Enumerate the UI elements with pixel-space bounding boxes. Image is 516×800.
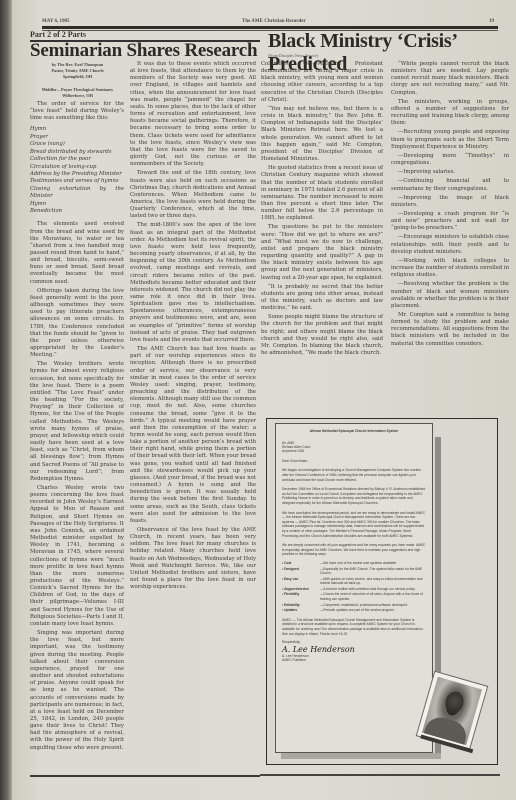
- paragraph: The elements used evolved from the bread…: [30, 221, 124, 285]
- suggestion-item: —Recruiting young people and exposing th…: [391, 129, 509, 150]
- order-item: Closing exhortation by the Minister: [30, 186, 124, 201]
- masthead-rule: [42, 26, 498, 29]
- feature-row: • Flexibility—Covers the need of churche…: [282, 592, 426, 601]
- suggestion-item: —Developing more “Timothys” in congregat…: [391, 153, 509, 167]
- letter-paragraph: December 1984 the Office of Ecumenical R…: [282, 487, 426, 505]
- left-article-column-1: The order of service for the “love feast…: [30, 101, 124, 754]
- suggestion-item: —Encourage ministers to establish close …: [391, 234, 509, 255]
- order-item: Hymn: [30, 126, 124, 133]
- series-kicker: Part 2 of 2 Parts: [30, 30, 86, 39]
- byline: by The Rev. Earl Thompson Pastor, Trinit…: [30, 62, 125, 99]
- letter-address: Mr. AME Richard Allen Court Anywhere USA: [282, 441, 426, 454]
- right-article-column-1: Columbus, OH—Mainline Protestant denomin…: [261, 61, 383, 359]
- order-item: Address by the Presiding Minister: [30, 171, 124, 178]
- publication-name: The AME Christian Recorder: [242, 19, 306, 24]
- paragraph: The ministers, working in groups, offere…: [391, 99, 509, 128]
- order-item: Collection for the poor: [30, 156, 124, 163]
- letter-shadow-bottom: [281, 753, 441, 759]
- suggestion-item: —Resolving whether the problem is the nu…: [391, 281, 509, 310]
- page-number: 19: [489, 19, 494, 24]
- article-intro: The order of service for the “love feast…: [30, 101, 124, 122]
- order-item: Bread distributed by stewards: [30, 149, 124, 156]
- dateline-paragraph: Columbus, OH—Mainline Protestant denomin…: [261, 61, 383, 104]
- order-item: Testimonies and verses of hymns: [30, 178, 124, 185]
- left-headline: Seminarian Shares Research: [30, 40, 257, 62]
- feature-list: • Cost—We have one of the lowest cost sy…: [282, 561, 426, 613]
- paragraph: Some people might blame the structure of…: [261, 314, 383, 357]
- paragraph: “You may not believe me, but there is a …: [261, 106, 383, 163]
- article-end-rule: [30, 775, 260, 777]
- letter-paragraph: We began an investigation of developing …: [282, 468, 426, 482]
- letter-closing-paragraph: AMEC — The African Methodist Episcopal C…: [282, 618, 426, 636]
- letter-salutation: Dear Churchman:: [282, 459, 426, 464]
- paragraph: He quoted statistics from a recent issue…: [261, 165, 383, 222]
- paragraph: “It is probably no secret that the bette…: [261, 284, 383, 313]
- letter-paragraph: We are deeply concerned with all your su…: [282, 543, 426, 557]
- paragraph: The questions he put to the ministers we…: [261, 224, 383, 281]
- paragraph: The AME Church has had love feasts as pa…: [130, 346, 256, 525]
- paragraph: Observance of the love feast by the AME …: [130, 527, 256, 591]
- paragraph: Mr. Compton said a committee is being fo…: [391, 312, 509, 348]
- paragraph: Offerings taken during the love feast ge…: [30, 288, 124, 360]
- feature-row: • Cost—We have one of the lowest cost sy…: [282, 561, 426, 566]
- suggestion-item: —Working with black colleges to increase…: [391, 258, 509, 279]
- book-spine-edge: [0, 0, 12, 800]
- order-item: Circulation of loving-cup: [30, 164, 124, 171]
- byline-seminary-location: Wilberforce, OH: [30, 93, 125, 99]
- paragraph: It was due to these events which occurre…: [130, 61, 256, 168]
- advertisement-box: African Methodist Episcopal Church Infor…: [266, 418, 498, 765]
- suggestion-item: —Improving the image of black ministers.: [391, 195, 509, 209]
- letter-paragraph: We have concluded the developmental peri…: [282, 511, 426, 539]
- feature-row: • Reliability—Competent, established, pr…: [282, 603, 426, 608]
- paragraph: Toward the end of the 18th century, love…: [130, 170, 256, 220]
- signature: A. Lee Henderson: [282, 645, 426, 654]
- suggestion-item: —Continuing financial aid to seminarians…: [391, 178, 509, 192]
- feature-row: • Updates—Periodic updates are part of t…: [282, 608, 426, 613]
- paragraph: “White people cannot recruit the black m…: [391, 61, 509, 97]
- issue-date: MAY 6, 1985: [42, 19, 70, 24]
- address-line: Anywhere USA: [282, 449, 426, 453]
- letter-title: African Methodist Episcopal Church Infor…: [282, 429, 426, 434]
- byline-seminary: Middler—Payne Theological Seminary: [30, 87, 125, 93]
- ad-letter: African Methodist Episcopal Church Infor…: [275, 423, 433, 753]
- suggestion-item: —Developing a crash program for “is and …: [391, 211, 509, 232]
- feature-row: • Easy use—With guides on every screen, …: [282, 577, 426, 586]
- paragraph: Singing was important during the love fe…: [30, 630, 124, 752]
- left-article-column-2: It was due to these events which occurre…: [130, 61, 256, 593]
- suggestion-item: —Improving salaries.: [391, 169, 509, 176]
- right-article-column-2: “White people cannot recruit the black m…: [391, 61, 509, 350]
- signer-title: AMEC Publisher: [282, 658, 426, 663]
- order-item: Hymn: [30, 201, 124, 208]
- order-item: Grace (sung): [30, 141, 124, 148]
- feature-row: • Support/service—A toll-free hotline wi…: [282, 587, 426, 592]
- news-service-credit: (From Disciples News Service): [268, 53, 318, 58]
- letter-signoff-block: Respectfully, A. Lee Henderson A. Lee He…: [282, 640, 426, 663]
- bottom-rule: [260, 774, 500, 776]
- portrait-face: [443, 689, 466, 715]
- feature-row: • Designed—Especially for the AME Church…: [282, 567, 426, 576]
- paragraph: The mid-1800’s saw the apex of the love …: [130, 222, 256, 344]
- paragraph: Charles Wesley wrote two poems concernin…: [30, 485, 124, 628]
- order-of-service-list: Hymn Prayer Grace (sung) Bread distribut…: [30, 126, 124, 215]
- paragraph: The Wesley brothers wrote hymns for almo…: [30, 361, 124, 483]
- order-item: Benediction: [30, 208, 124, 215]
